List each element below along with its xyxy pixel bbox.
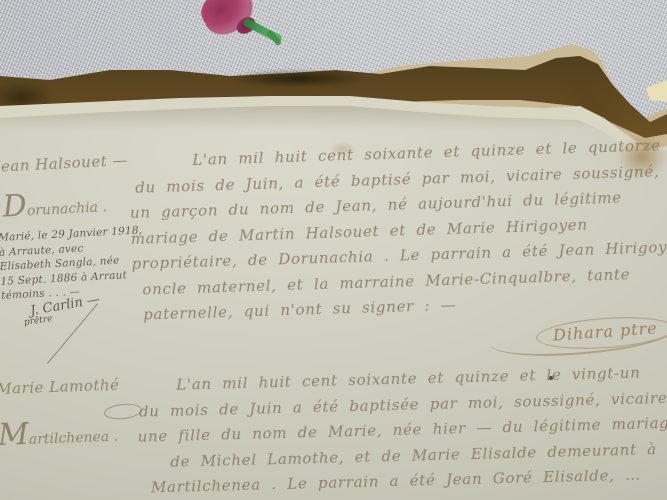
record-1-text: L'an mil huit cent soixante et quinze et… (128, 133, 667, 329)
record-2-text: L'an mil huit cent soixante et quinze et… (128, 360, 667, 500)
burn-spot (232, 70, 362, 87)
photo-of-manuscript: Jean Halsouet — Dorunachia . Marié, le 2… (0, 0, 667, 500)
